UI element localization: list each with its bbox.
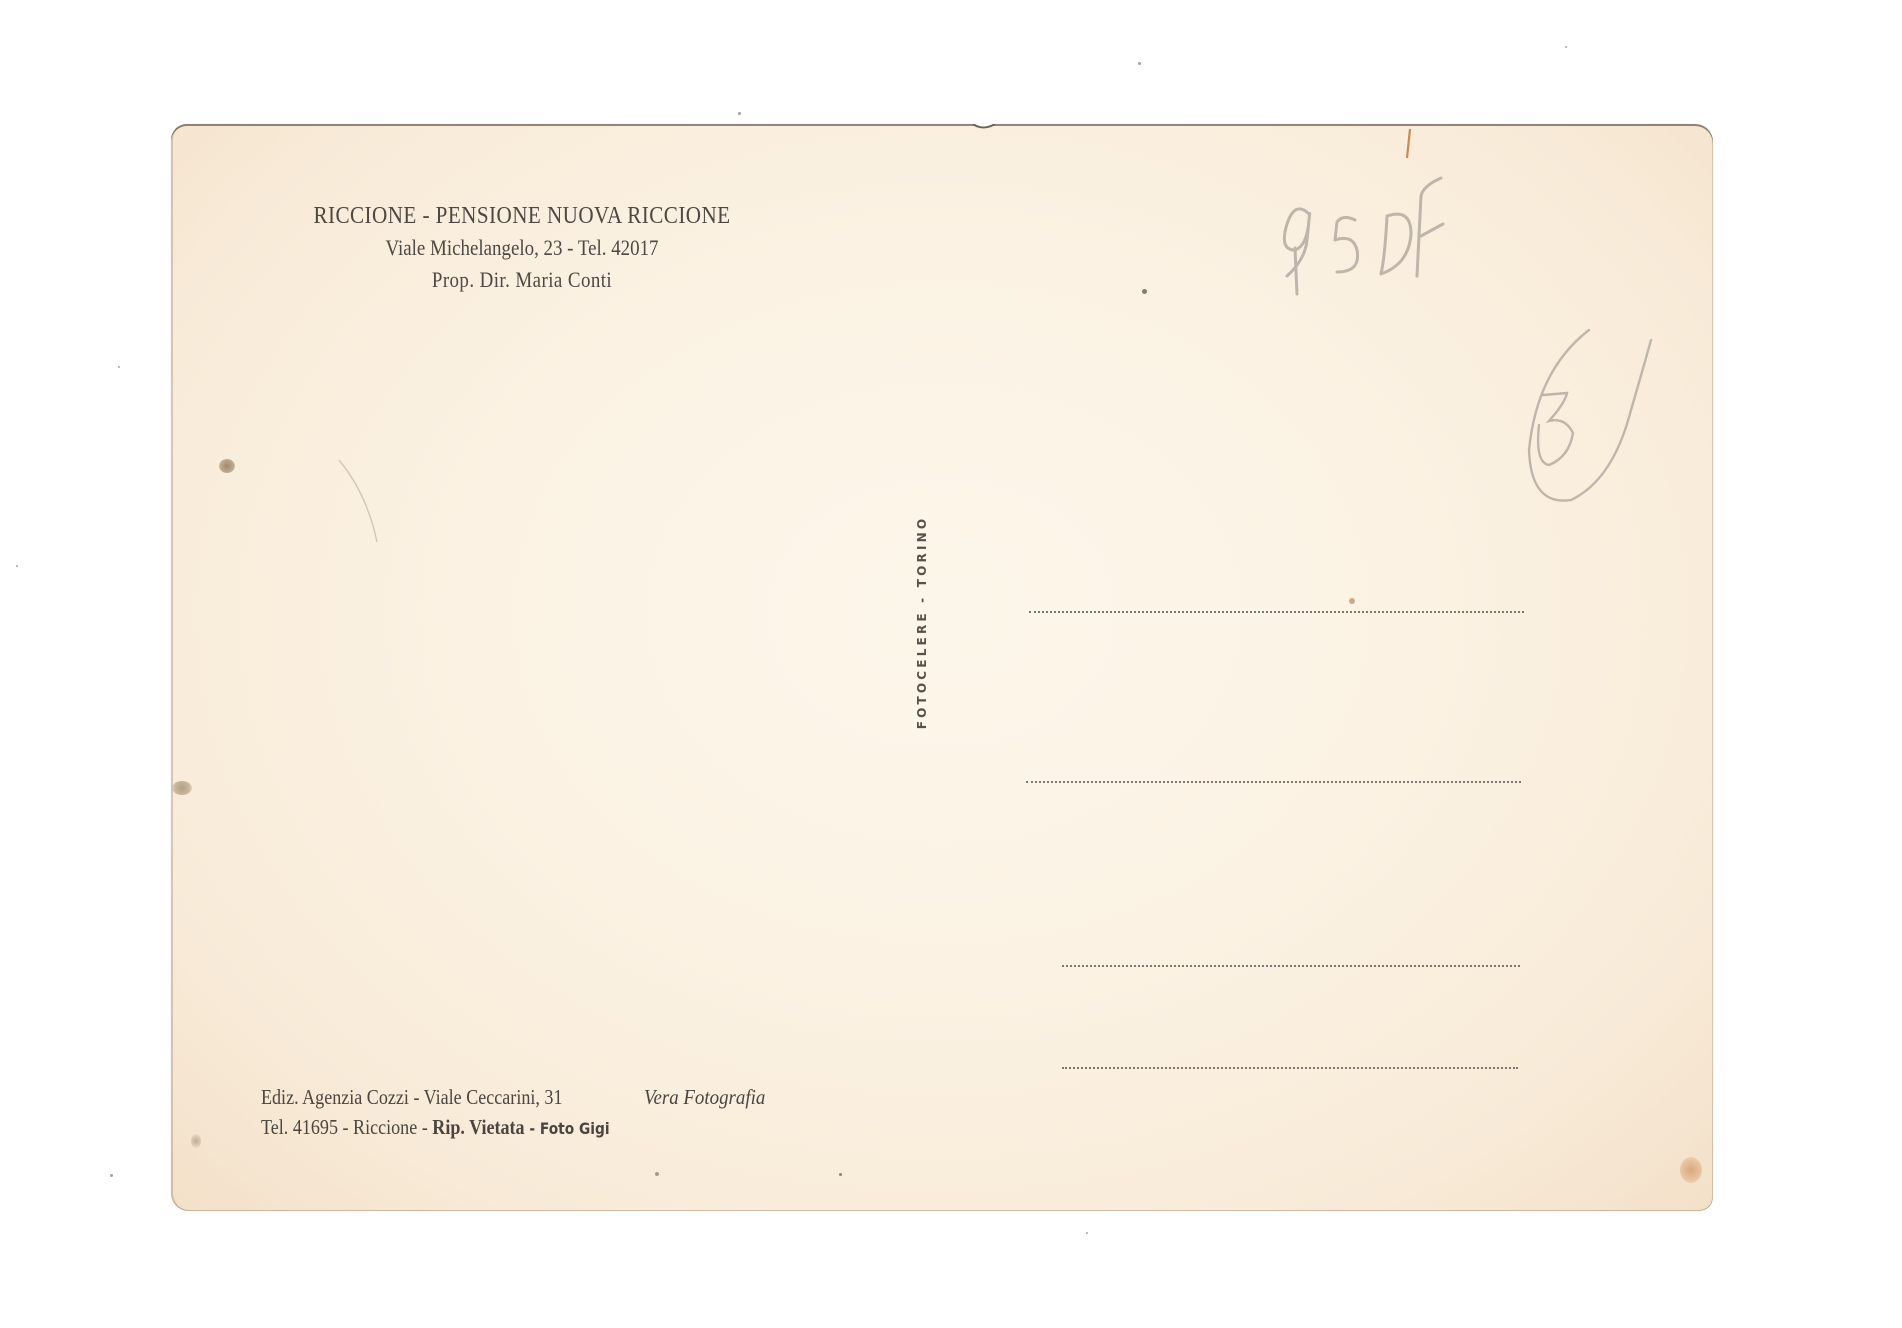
dirt-dot bbox=[191, 1134, 201, 1148]
scan-speck bbox=[1138, 62, 1141, 65]
postcard-back: RICCIONE - PENSIONE NUOVA RICCIONE Viale… bbox=[171, 124, 1713, 1211]
dirt-dot bbox=[655, 1172, 659, 1176]
scan-speck bbox=[1086, 1232, 1088, 1234]
publisher-phone-city: Tel. 41695 - Riccione - bbox=[261, 1115, 432, 1139]
publisher-contact-line: Tel. 41695 - Riccione - Rip. Vietata - F… bbox=[261, 1113, 610, 1143]
address-line-4 bbox=[1062, 1067, 1518, 1069]
scan-speck bbox=[1565, 46, 1567, 48]
foxing-spot bbox=[172, 781, 192, 795]
foxing-spot bbox=[1680, 1157, 1702, 1183]
foxing-spot bbox=[219, 459, 235, 473]
imprint-proprietor: Prop. Dir. Maria Conti bbox=[303, 264, 742, 296]
address-line-1 bbox=[1029, 611, 1524, 613]
ink-streak bbox=[1407, 129, 1410, 158]
publisher-line: Ediz. Agenzia Cozzi - Viale Ceccarini, 3… bbox=[261, 1083, 562, 1111]
printer-imprint-vertical: FOTOCELERE - TORINO bbox=[915, 485, 931, 760]
address-line-2 bbox=[1026, 781, 1521, 783]
dirt-dot bbox=[839, 1173, 842, 1176]
photo-credit: - Foto Gigi bbox=[525, 1119, 610, 1138]
real-photo-label: Vera Fotografia bbox=[644, 1083, 765, 1111]
imprint-title: RICCIONE - PENSIONE NUOVA RICCIONE bbox=[298, 200, 747, 232]
crease-arc bbox=[339, 460, 377, 542]
scan-speck bbox=[110, 1174, 113, 1177]
imprint-address: Viale Michelangelo, 23 - Tel. 42017 bbox=[303, 232, 742, 264]
address-line-3 bbox=[1062, 965, 1520, 967]
sender-imprint: RICCIONE - PENSIONE NUOVA RICCIONE Viale… bbox=[267, 200, 777, 296]
scan-speck bbox=[16, 565, 18, 567]
reproduction-prohibited: Rip. Vietata bbox=[432, 1115, 524, 1139]
edge-notch bbox=[973, 124, 995, 128]
dirt-dot bbox=[1142, 289, 1147, 294]
dirt-dot bbox=[1349, 598, 1355, 604]
scan-speck bbox=[738, 112, 741, 115]
scan-speck bbox=[118, 366, 120, 368]
